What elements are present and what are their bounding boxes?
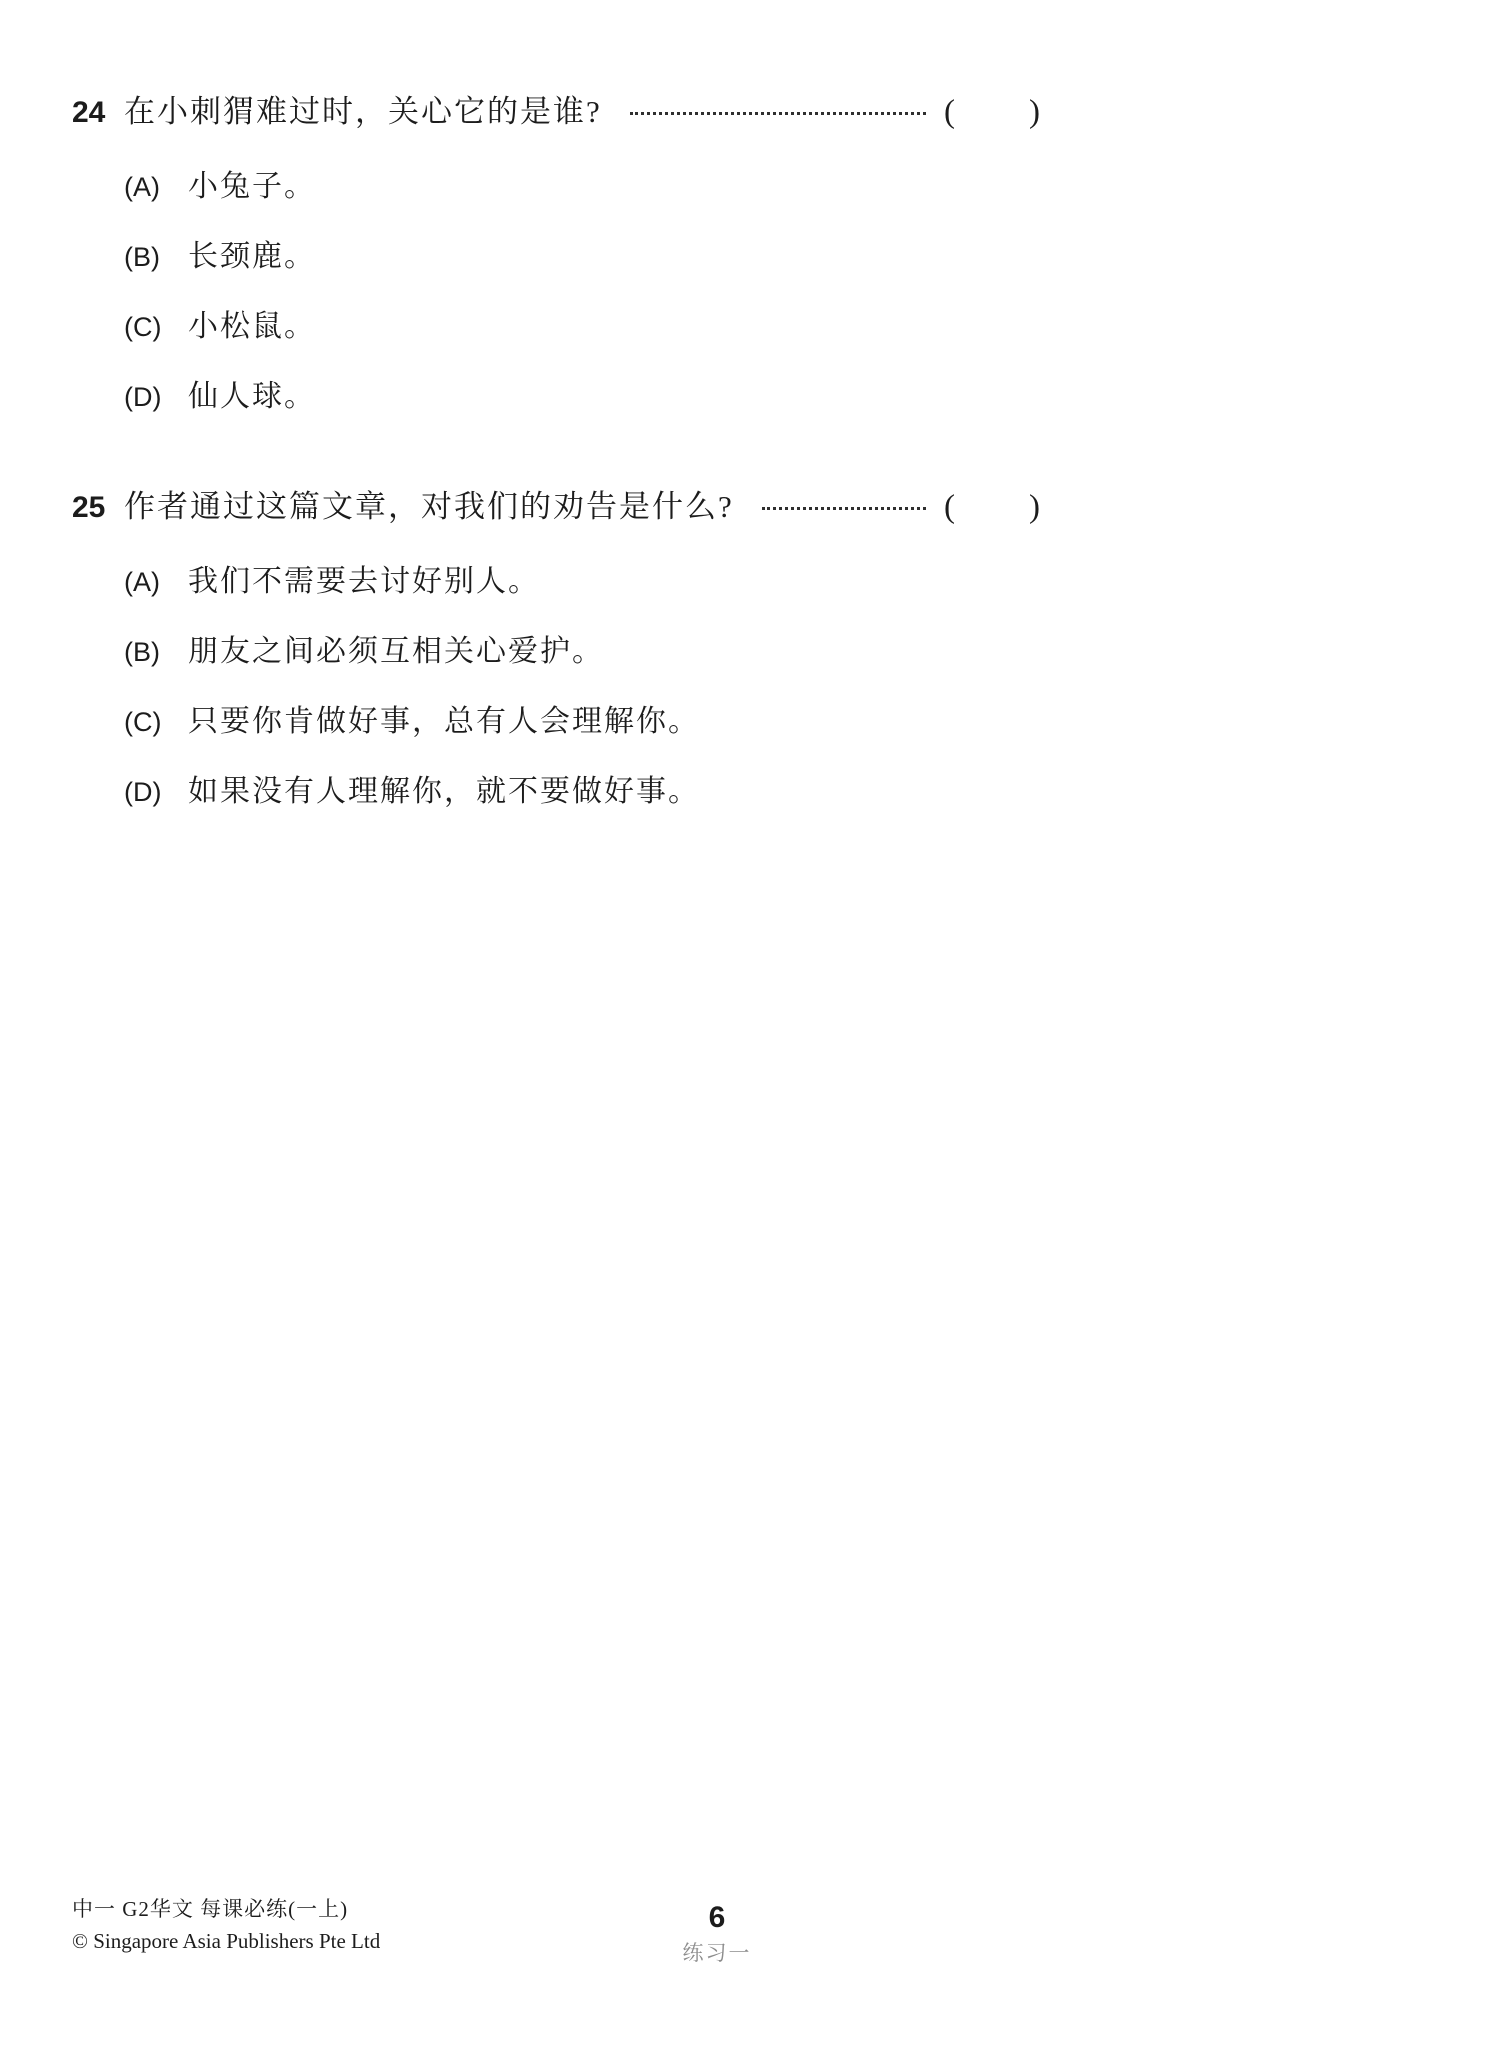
option-25-a: (A) 我们不需要去讨好别人。 bbox=[124, 556, 1040, 600]
bracket-close: ) bbox=[1029, 94, 1040, 131]
dotted-leader bbox=[630, 112, 926, 115]
option-letter: (B) bbox=[124, 242, 188, 273]
option-letter: (A) bbox=[124, 567, 188, 598]
option-25-d: (D) 如果没有人理解你，就不要做好事。 bbox=[124, 766, 1040, 810]
option-letter: (C) bbox=[124, 707, 188, 738]
option-text: 如果没有人理解你，就不要做好事。 bbox=[188, 766, 700, 810]
option-25-c: (C) 只要你肯做好事，总有人会理解你。 bbox=[124, 696, 1040, 740]
option-text: 小松鼠。 bbox=[188, 301, 316, 345]
question-area: 24 在小刺猬难过时，关心它的是谁? () (A) 小兔子。 (B) 长颈鹿。 … bbox=[72, 86, 1040, 836]
option-text: 朋友之间必须互相关心爱护。 bbox=[188, 626, 604, 670]
question-24-text: 在小刺猬难过时，关心它的是谁? bbox=[124, 86, 602, 131]
option-text: 我们不需要去讨好别人。 bbox=[188, 556, 540, 600]
option-24-b: (B) 长颈鹿。 bbox=[124, 231, 1040, 275]
option-text: 小兔子。 bbox=[188, 161, 316, 205]
option-letter: (D) bbox=[124, 382, 188, 413]
question-25-number: 25 bbox=[72, 491, 124, 525]
option-text: 仙人球。 bbox=[188, 371, 316, 415]
question-24-options: (A) 小兔子。 (B) 长颈鹿。 (C) 小松鼠。 (D) 仙人球。 bbox=[124, 161, 1040, 415]
question-24: 24 在小刺猬难过时，关心它的是谁? () (A) 小兔子。 (B) 长颈鹿。 … bbox=[72, 86, 1040, 415]
footer-imprint: 中一 G2华文 每课必练(一上) © Singapore Asia Publis… bbox=[72, 1894, 380, 1957]
option-letter: (D) bbox=[124, 777, 188, 808]
option-letter: (A) bbox=[124, 172, 188, 203]
option-24-d: (D) 仙人球。 bbox=[124, 371, 1040, 415]
bracket-close: ) bbox=[1029, 489, 1040, 526]
option-text: 只要你肯做好事，总有人会理解你。 bbox=[188, 696, 700, 740]
answer-brackets: () bbox=[944, 94, 1040, 131]
question-24-line: 24 在小刺猬难过时，关心它的是谁? () bbox=[72, 86, 1040, 131]
footer-pagination: 6 练习一 bbox=[652, 1903, 782, 1967]
option-24-a: (A) 小兔子。 bbox=[124, 161, 1040, 205]
worksheet-page: 24 在小刺猬难过时，关心它的是谁? () (A) 小兔子。 (B) 长颈鹿。 … bbox=[0, 0, 1498, 2045]
question-25-options: (A) 我们不需要去讨好别人。 (B) 朋友之间必须互相关心爱护。 (C) 只要… bbox=[124, 556, 1040, 810]
question-25-text: 作者通过这篇文章，对我们的劝告是什么? bbox=[124, 481, 734, 526]
question-24-number: 24 bbox=[72, 96, 124, 130]
page-number: 6 bbox=[652, 1903, 782, 1933]
option-letter: (C) bbox=[124, 312, 188, 343]
dotted-leader bbox=[762, 507, 926, 510]
option-letter: (B) bbox=[124, 637, 188, 668]
question-25-line: 25 作者通过这篇文章，对我们的劝告是什么? () bbox=[72, 481, 1040, 526]
bracket-open: ( bbox=[944, 489, 955, 526]
bracket-open: ( bbox=[944, 94, 955, 131]
question-25: 25 作者通过这篇文章，对我们的劝告是什么? () (A) 我们不需要去讨好别人… bbox=[72, 481, 1040, 810]
copyright-line: © Singapore Asia Publishers Pte Ltd bbox=[72, 1926, 380, 1958]
answer-brackets: () bbox=[944, 489, 1040, 526]
option-24-c: (C) 小松鼠。 bbox=[124, 301, 1040, 345]
option-text: 长颈鹿。 bbox=[188, 231, 316, 275]
option-25-b: (B) 朋友之间必须互相关心爱护。 bbox=[124, 626, 1040, 670]
section-label: 练习一 bbox=[652, 1937, 782, 1967]
book-title: 中一 G2华文 每课必练(一上) bbox=[72, 1894, 380, 1926]
